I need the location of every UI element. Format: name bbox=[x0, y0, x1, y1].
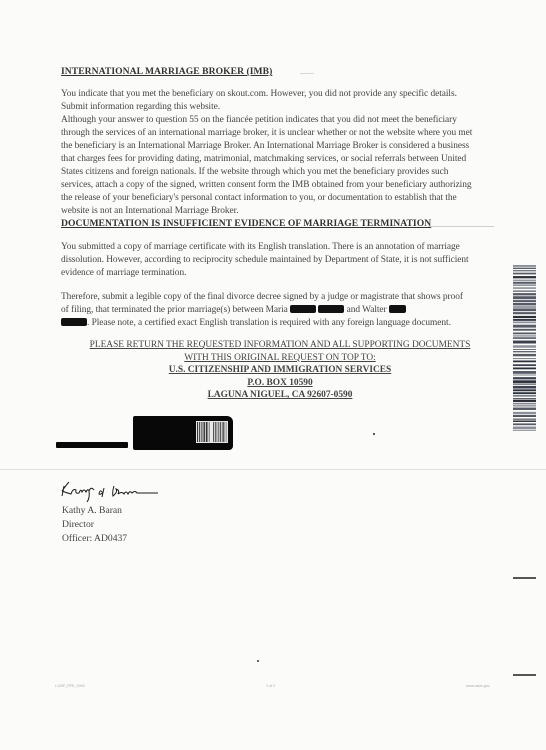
text-line: Submit information regarding this websit… bbox=[61, 101, 485, 114]
scan-artifact bbox=[300, 73, 314, 74]
po-box: P.O. BOX 10590 bbox=[80, 377, 480, 390]
text-line: States citizens and foreign nationals. I… bbox=[61, 166, 485, 179]
agency-name: U.S. CITIZENSHIP AND IMMIGRATION SERVICE… bbox=[80, 364, 480, 377]
signatory-name: Kathy A. Baran bbox=[62, 505, 122, 516]
barcode-icon bbox=[196, 421, 228, 443]
text-line: dissolution. However, according to recip… bbox=[61, 254, 485, 267]
text-line: . Please note, a certified exact English… bbox=[61, 317, 485, 330]
signature-icon bbox=[58, 476, 168, 506]
scan-fold-line bbox=[0, 469, 546, 470]
text-line: services, attach a copy of the signed, w… bbox=[61, 179, 485, 192]
footer-website: www.uscis.gov bbox=[466, 684, 490, 688]
text-fragment: and Walter bbox=[347, 305, 387, 315]
section-heading-marriage-termination: DOCUMENTATION IS INSUFFICIENT EVIDENCE O… bbox=[61, 218, 431, 229]
section-heading-imb: INTERNATIONAL MARRIAGE BROKER (IMB) bbox=[61, 66, 272, 77]
redaction-mark bbox=[290, 305, 316, 313]
imb-paragraph: You indicate that you met the beneficiar… bbox=[61, 88, 485, 218]
text-line: Therefore, submit a legible copy of the … bbox=[61, 291, 485, 304]
text-line: Although your answer to question 55 on t… bbox=[61, 114, 485, 127]
scan-artifact bbox=[428, 226, 494, 227]
city-address: LAGUNA NIGUEL, CA 92607-0590 bbox=[80, 389, 480, 402]
text-line: the beneficiary is an International Marr… bbox=[61, 140, 485, 153]
signatory-title: Director bbox=[62, 519, 94, 530]
margin-mark bbox=[513, 577, 536, 579]
divorce-decree-paragraph: Therefore, submit a legible copy of the … bbox=[61, 291, 485, 330]
return-line: WITH THIS ORIGINAL REQUEST ON TOP TO: bbox=[80, 352, 480, 365]
scan-speck bbox=[373, 433, 375, 435]
text-line: evidence of marriage termination. bbox=[61, 267, 485, 280]
return-line: PLEASE RETURN THE REQUESTED INFORMATION … bbox=[80, 339, 480, 352]
marriage-cert-paragraph: You submitted a copy of marriage certifi… bbox=[61, 241, 485, 280]
redaction-mark bbox=[61, 318, 87, 326]
margin-mark bbox=[513, 674, 536, 676]
vertical-barcode-icon bbox=[513, 265, 536, 431]
text-fragment: . Please note, a certified exact English… bbox=[87, 318, 451, 328]
text-line: of filing, that terminated the prior mar… bbox=[61, 304, 485, 317]
scan-speck bbox=[257, 660, 259, 662]
text-line: that charges fees for providing dating, … bbox=[61, 153, 485, 166]
text-line: You indicate that you met the beneficiar… bbox=[61, 88, 485, 101]
text-line: the release of your beneficiary's person… bbox=[61, 192, 485, 205]
text-fragment: of filing, that terminated the prior mar… bbox=[61, 305, 288, 315]
redaction-mark bbox=[318, 305, 344, 313]
return-instructions: PLEASE RETURN THE REQUESTED INFORMATION … bbox=[80, 339, 480, 402]
text-line: You submitted a copy of marriage certifi… bbox=[61, 241, 485, 254]
text-line: website is not an International Marriage… bbox=[61, 205, 485, 218]
redaction-bar bbox=[56, 442, 128, 448]
redaction-mark bbox=[389, 305, 406, 313]
text-line: through the services of an international… bbox=[61, 127, 485, 140]
footer-page-number: 1 of 2 bbox=[266, 684, 275, 688]
footer-form-id: I-129F_RFE_0000 bbox=[55, 684, 85, 688]
officer-id: Officer: AD0437 bbox=[62, 533, 127, 544]
scanned-document-page: INTERNATIONAL MARRIAGE BROKER (IMB) You … bbox=[0, 0, 546, 750]
